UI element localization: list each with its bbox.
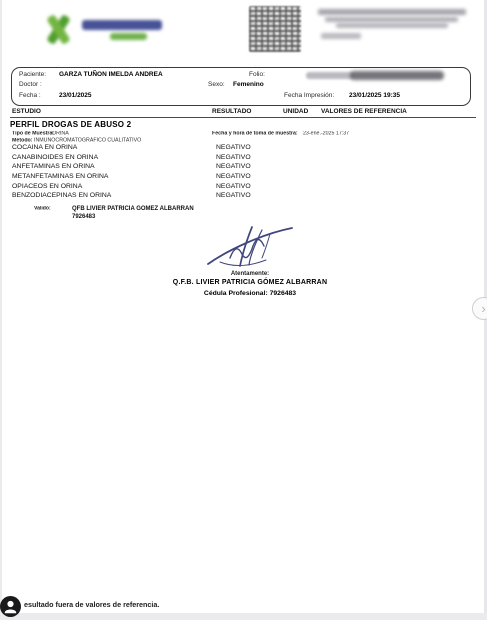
signatory-cedula: Cédula Profesional: 7926483 — [115, 290, 385, 297]
tipo-muestra-label: Tipo de Muestra: — [12, 131, 54, 136]
fecha-toma-value: 23-ene.-2025 17:37 — [303, 131, 349, 136]
reference-note: esultado fuera de valores de referencia. — [24, 600, 159, 609]
tipo-muestra-value: ORINA — [52, 131, 69, 136]
patient-id-redacted — [350, 71, 444, 80]
fecha-impresion-value: 23/01/2025 19:35 — [349, 92, 400, 99]
folio-label: Folio: — [249, 71, 265, 78]
signatory-name: Q.F.B. LIVIER PATRICIA GÓMEZ ALBARRAN — [115, 279, 385, 286]
page-edge-left — [0, 0, 2, 620]
test-name: COCAINA EN ORINA — [12, 144, 77, 151]
test-name: METANFETAMINAS EN ORINA — [12, 173, 108, 180]
page-edge-bottom — [0, 613, 487, 620]
lab-report-page: Paciente: GARZA TUÑON IMELDA ANDREA Foli… — [0, 0, 487, 620]
fecha-value: 23/01/2025 — [59, 92, 92, 99]
panel-title: PERFIL DROGAS DE ABUSO 2 — [10, 120, 131, 129]
patient-info-box: Paciente: GARZA TUÑON IMELDA ANDREA Foli… — [11, 67, 471, 106]
valido-cedula: 7926483 — [72, 214, 95, 220]
folio-value-redacted — [306, 72, 354, 79]
col-header-resultado: RESULTADO — [212, 108, 251, 115]
test-result: NEGATIVO — [216, 192, 251, 199]
col-header-estudio: ESTUDIO — [12, 108, 41, 115]
valido-name: QFB LIVIER PATRICIA GOMEZ ALBARRAN — [72, 206, 194, 212]
test-result: NEGATIVO — [216, 163, 251, 170]
test-result: NEGATIVO — [216, 144, 251, 151]
sexo-value: Femenino — [233, 81, 264, 88]
table-row: CANABINOIDES EN ORINA NEGATIVO — [12, 154, 432, 164]
table-row: COCAINA EN ORINA NEGATIVO — [12, 144, 432, 154]
valido-label: Validó: — [34, 206, 51, 211]
qr-code-icon — [249, 6, 301, 52]
chevron-right-icon: › — [481, 302, 485, 315]
fecha-label: Fecha : — [19, 92, 41, 99]
atentamente-label: Atentamente: — [180, 271, 320, 277]
test-result: NEGATIVO — [216, 154, 251, 161]
test-name: CANABINOIDES EN ORINA — [12, 154, 98, 161]
test-name: ANFETAMINAS EN ORINA — [12, 163, 95, 170]
metodo-value: INMUNOCROMATOGRÁFICO CUALITATIVO — [34, 138, 141, 143]
paciente-label: Paciente: — [19, 71, 46, 78]
sexo-label: Sexo: — [208, 81, 225, 88]
table-row: OPIACEOS EN ORINA NEGATIVO — [12, 183, 432, 193]
doctor-label: Doctor : — [19, 81, 42, 88]
test-results-list: COCAINA EN ORINA NEGATIVO CANABINOIDES E… — [12, 144, 432, 202]
test-name: OPIACEOS EN ORINA — [12, 183, 82, 190]
fecha-impresion-label: Fecha Impresión: — [284, 92, 334, 99]
header-text-redacted — [325, 17, 458, 22]
lab-logo-blurred — [46, 13, 206, 47]
fecha-toma-label: Fecha y hora de toma de muestra: — [212, 131, 298, 136]
col-header-referencia: VALORES DE REFERENCIA — [321, 108, 407, 115]
metodo-label: Método: — [12, 138, 33, 143]
paciente-value: GARZA TUÑON IMELDA ANDREA — [59, 71, 163, 78]
logo-tagline-blurred — [110, 33, 147, 40]
table-row: METANFETAMINAS EN ORINA NEGATIVO — [12, 173, 432, 183]
signature-icon — [200, 224, 300, 270]
tagged-person-icon[interactable] — [0, 596, 21, 617]
table-row: BENZODIACEPINAS EN ORINA NEGATIVO — [12, 192, 432, 202]
carousel-next-button[interactable]: › — [472, 297, 487, 320]
table-row: ANFETAMINAS EN ORINA NEGATIVO — [12, 163, 432, 173]
header-text-redacted — [318, 9, 466, 15]
test-result: NEGATIVO — [216, 173, 251, 180]
test-name: BENZODIACEPINAS EN ORINA — [12, 192, 111, 199]
header-text-redacted — [321, 33, 361, 39]
header-divider — [10, 117, 476, 118]
col-header-unidad: UNIDAD — [283, 108, 308, 115]
logo-wordmark-blurred — [82, 20, 162, 30]
test-result: NEGATIVO — [216, 183, 251, 190]
header-text-redacted — [336, 23, 448, 28]
